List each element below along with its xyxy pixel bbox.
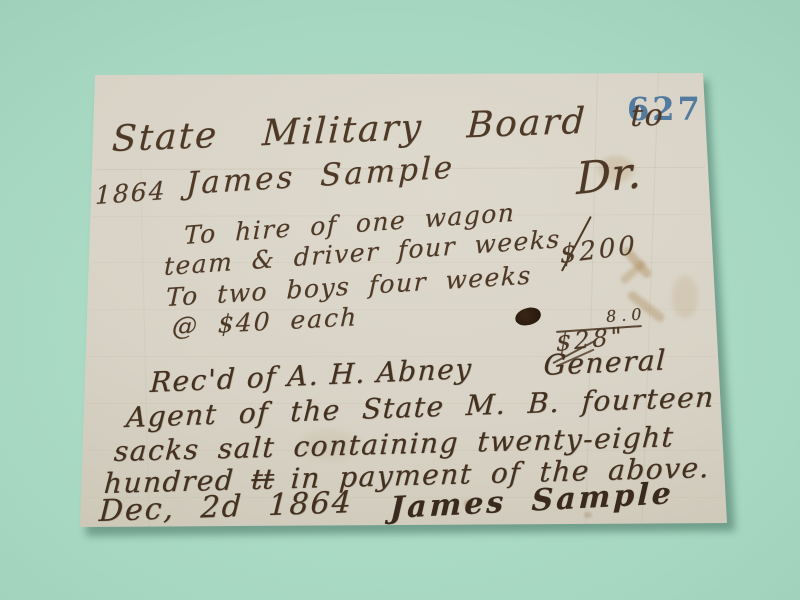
payee-name: James Sample [186,149,456,202]
stain-mark [672,276,698,318]
document-paper: 627 State Military Board to 1864 James S… [0,0,800,600]
title-word: State [111,115,219,160]
title-word: Military [261,107,424,154]
title-word: Board [466,101,588,147]
debit-abbreviation: Dr. [576,147,642,205]
photo-background: 627 State Military Board to 1864 James S… [0,0,800,600]
date-line: Dec, 2d 1864 [98,485,354,529]
title-word: to [629,98,665,140]
year-label: 1864 [95,176,167,210]
receipt-text: General [543,343,667,381]
title-line: State Military Board to [111,98,666,160]
